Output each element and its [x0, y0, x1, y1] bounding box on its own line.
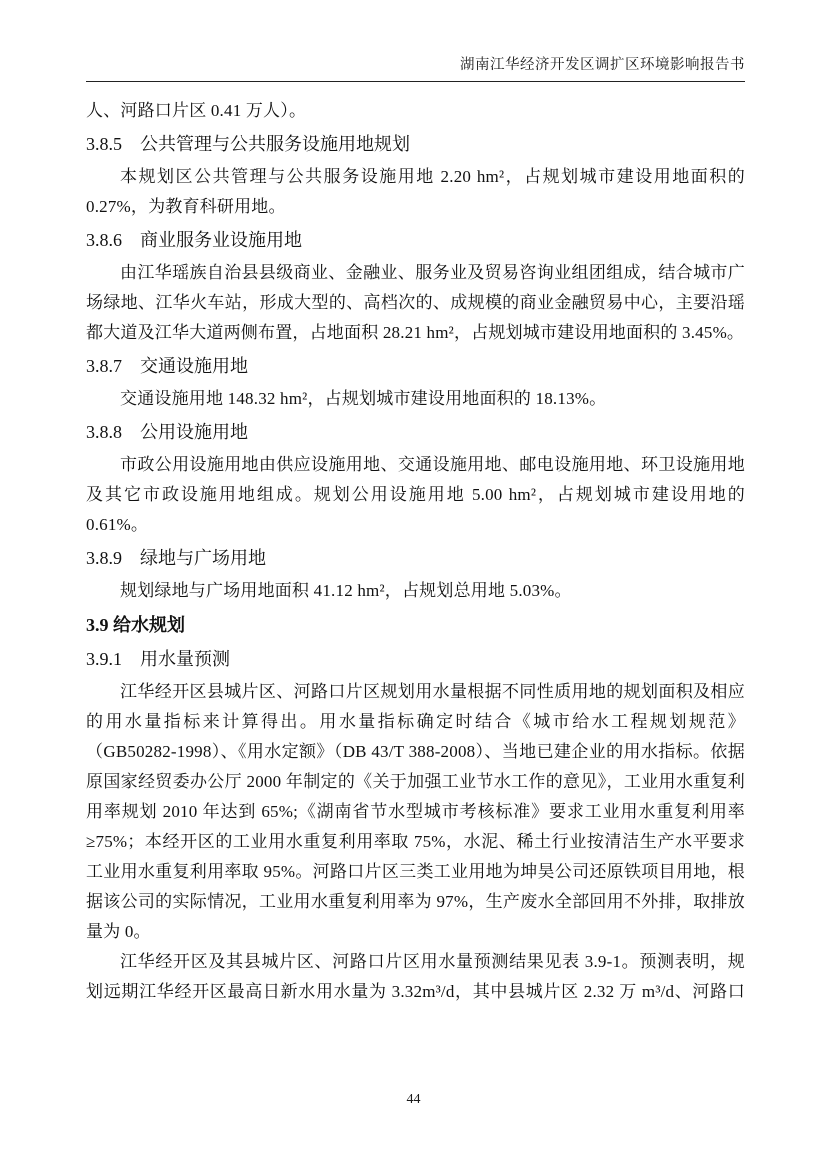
section-heading-3-8-6: 3.8.6 商业服务业设施用地	[86, 225, 745, 255]
page-header: 湖南江华经济开发区调扩区环境影响报告书	[86, 55, 745, 82]
paragraph-cutoff: 江华经开区及其县城片区、河路口片区用水量预测结果见表 3.9-1。预测表明，规划…	[86, 947, 745, 1007]
header-title: 湖南江华经济开发区调扩区环境影响报告书	[86, 55, 745, 75]
document-page: 湖南江华经济开发区调扩区环境影响报告书 人、河路口片区 0.41 万人）。 3.…	[0, 0, 827, 1169]
section-heading-3-8-9: 3.8.9 绿地与广场用地	[86, 543, 745, 573]
paragraph: 本规划区公共管理与公共服务设施用地 2.20 hm²，占规划城市建设用地面积的 …	[86, 162, 745, 222]
paragraph: 市政公用设施用地由供应设施用地、交通设施用地、邮电设施用地、环卫设施用地及其它市…	[86, 450, 745, 540]
paragraph: 江华经开区县城片区、河路口片区规划用水量根据不同性质用地的规划面积及相应的用水量…	[86, 677, 745, 947]
section-heading-3-8-5: 3.8.5 公共管理与公共服务设施用地规划	[86, 129, 745, 159]
section-heading-3-9: 3.9 给水规划	[86, 610, 745, 640]
paragraph: 规划绿地与广场用地面积 41.12 hm²，占规划总用地 5.03%。	[86, 576, 745, 606]
section-heading-3-8-7: 3.8.7 交通设施用地	[86, 351, 745, 381]
header-rule	[86, 81, 745, 82]
page-footer: 44	[0, 1090, 827, 1108]
section-heading-3-8-8: 3.8.8 公用设施用地	[86, 417, 745, 447]
section-heading-3-9-1: 3.9.1 用水量预测	[86, 644, 745, 674]
paragraph: 由江华瑶族自治县县级商业、金融业、服务业及贸易咨询业组团组成，结合城市广场绿地、…	[86, 258, 745, 348]
page-number: 44	[407, 1092, 421, 1107]
document-body: 人、河路口片区 0.41 万人）。 3.8.5 公共管理与公共服务设施用地规划 …	[86, 96, 745, 1007]
paragraph: 交通设施用地 148.32 hm²，占规划城市建设用地面积的 18.13%。	[86, 384, 745, 414]
paragraph-continued: 人、河路口片区 0.41 万人）。	[86, 96, 745, 126]
